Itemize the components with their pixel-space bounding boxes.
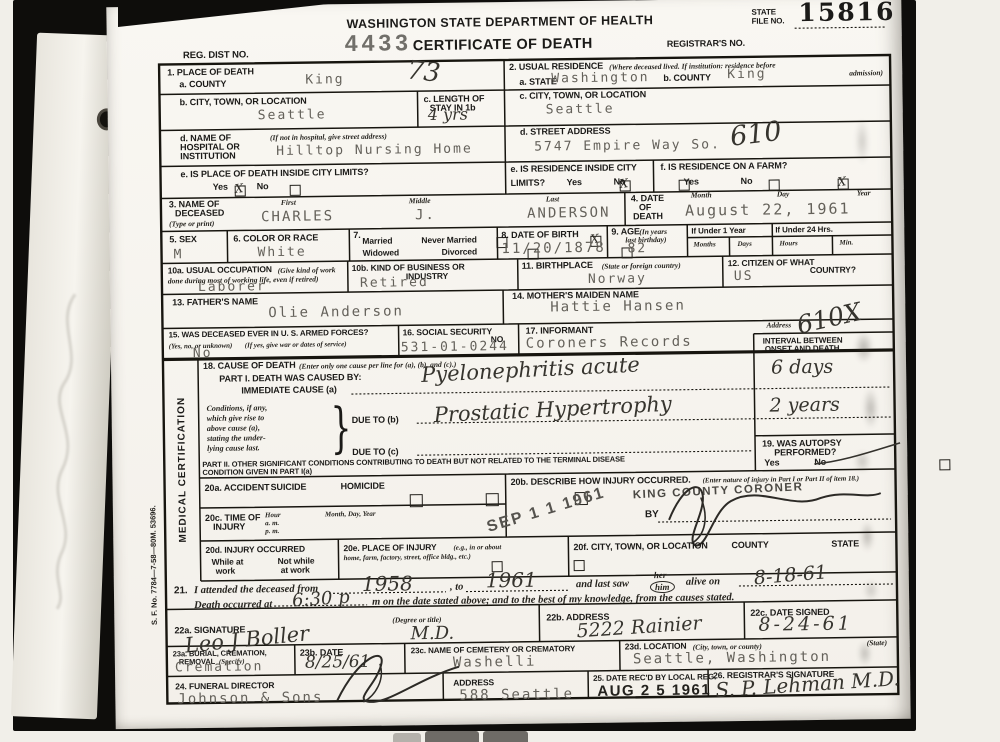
- viewer-toolbar-button-3[interactable]: [483, 731, 528, 742]
- field-1d-note: (If not in hospital, give street address…: [270, 132, 387, 143]
- field-9-days-header: Days: [737, 240, 751, 248]
- field-23a-value: Cremation: [175, 659, 264, 675]
- page-smudge: [851, 325, 878, 369]
- field-4-year-header: Year: [857, 188, 871, 197]
- field-20a-label: 20a. ACCIDENT: [205, 483, 270, 494]
- field-12-value: US: [734, 269, 754, 284]
- checkbox-19-yes: [939, 459, 950, 470]
- field-18-cond-5: lying cause last.: [207, 443, 260, 453]
- checkbox-1e-yes: X: [235, 185, 246, 196]
- page-smudge: [850, 445, 874, 477]
- field-18-cond-1: Conditions, if any,: [207, 403, 268, 413]
- field-1a-handwritten: 73: [406, 55, 442, 88]
- field-20f-label: 20f. CITY, TOWN, OR LOCATION: [573, 541, 707, 552]
- field-1d-value: Hilltop Nursing Home: [276, 141, 473, 159]
- field-20d-label: 20d. INJURY OCCURRED: [205, 545, 305, 555]
- field-2d-value: 5747 Empire Way So.: [534, 137, 721, 154]
- field-21-from-value: 1958: [362, 571, 413, 596]
- field-2d-label: d. STREET ADDRESS: [520, 127, 611, 138]
- funeral-director-signature: [325, 643, 466, 707]
- reg-dist-label: REG. DIST NO.: [183, 50, 249, 61]
- field-2b-label: b. COUNTY: [663, 73, 711, 83]
- field-20a-homicide-label: HOMICIDE: [341, 482, 385, 492]
- field-24-value: Johnson & Sons: [177, 689, 323, 707]
- field-4-value: August 22, 1961: [685, 200, 851, 220]
- field-5-value: M: [173, 247, 183, 262]
- field-19-yes-label: Yes: [764, 458, 779, 468]
- by-label: BY: [645, 510, 659, 521]
- field-1b-value: Seattle: [258, 107, 327, 123]
- field-16-value: 531-01-0244: [401, 339, 509, 355]
- field-17-value: Coroners Records: [526, 334, 693, 352]
- field-9-under24-header: If Under 24 Hrs.: [775, 226, 833, 235]
- state-file-number: 15816: [798, 0, 895, 26]
- field-2e-yes-label: Yes: [567, 178, 582, 188]
- page-smudge: [855, 635, 875, 671]
- field-13-value: Olie Anderson: [268, 303, 404, 321]
- field-14-value: Hattie Hansen: [550, 298, 686, 316]
- field-18-immediate-label: IMMEDIATE CAUSE (a): [241, 385, 337, 396]
- field-1-label: 1. PLACE OF DEATH: [167, 67, 254, 78]
- field-20f-county-header: COUNTY: [731, 541, 769, 551]
- field-21-time-value: 6:30 p: [291, 587, 350, 612]
- field-3-last-header: Last: [546, 194, 559, 203]
- field-21-text-5: Death occurred at: [194, 599, 272, 611]
- field-2f-yes-label: Yes: [684, 177, 699, 187]
- field-8-value: 11/20/1878: [501, 240, 605, 257]
- field-22a-md: M.D.: [410, 623, 454, 645]
- field-21-text-4: alive on: [686, 576, 720, 587]
- field-2e-no-label: No: [614, 177, 626, 187]
- field-10a-label: 10a. USUAL OCCUPATION: [168, 265, 272, 276]
- field-9-min-header: Min.: [839, 238, 853, 246]
- field-7-widowed-label: Widowed: [362, 248, 399, 258]
- field-9-under1yr-header: If Under 1 Year: [691, 227, 745, 236]
- field-3-note: (Type or print): [169, 219, 214, 229]
- field-10a-note-1: (Give kind of work: [278, 265, 336, 275]
- page-smudge: [860, 575, 882, 605]
- field-21-him-circled: him: [650, 581, 675, 593]
- field-23c-value: Washelli: [453, 654, 537, 671]
- page-smudge: [852, 109, 873, 173]
- field-1d-label-3: INSTITUTION: [180, 152, 236, 162]
- field-2a-value: Washington: [551, 70, 649, 86]
- field-7-never-married-label: Never Married: [421, 235, 477, 245]
- viewer-toolbar-button-1[interactable]: [393, 733, 421, 742]
- state-file-label-2: FILE NO.: [752, 17, 785, 26]
- field-1b-label: b. CITY, TOWN, OR LOCATION: [180, 97, 307, 108]
- field-20c-pm-label: p. m.: [265, 527, 279, 535]
- page-smudge: [857, 515, 878, 557]
- field-10b-value: Retired: [360, 275, 429, 291]
- field-20d-atwork-label: at work: [281, 566, 310, 576]
- field-20c-mdy-header: Month, Day, Year: [325, 510, 376, 519]
- field-1c-value: 4 yrs: [428, 105, 468, 125]
- field-2f-no-label: No: [741, 177, 753, 187]
- field-3-first-header: First: [281, 198, 296, 207]
- field-20e-note-1: (e.g., in or about: [453, 543, 501, 552]
- field-2-note-2: admission): [849, 68, 883, 77]
- field-6-label: 6. COLOR OR RACE: [233, 233, 318, 244]
- field-1a-value: King: [305, 72, 345, 88]
- field-20c-hour-header: Hour: [265, 511, 281, 519]
- field-3-middle-value: J.: [415, 207, 436, 223]
- viewer-toolbar-button-2[interactable]: [425, 731, 479, 742]
- field-18-part1-label: PART I. DEATH WAS CAUSED BY:: [219, 373, 361, 385]
- field-20c-label-2: INJURY: [213, 522, 245, 532]
- field-18a-interval-value: 6 days: [771, 356, 833, 379]
- field-4-day-header: Day: [777, 189, 790, 198]
- field-23d-value: Seattle, Washington: [633, 649, 831, 668]
- field-20e-label: 20e. PLACE OF INJURY: [343, 543, 436, 553]
- field-16-label-1: 16. SOCIAL SECURITY: [403, 327, 493, 337]
- field-18-cond-4: stating the under-: [207, 433, 266, 443]
- field-11-value: Norway: [588, 271, 647, 287]
- field-21-her-label: her: [654, 570, 667, 580]
- field-21-number: 21.: [174, 586, 188, 597]
- field-9-value: 82: [627, 241, 647, 256]
- field-15-note-2: (If yes, give war or dates of service): [245, 340, 347, 349]
- field-9-months-header: Months: [693, 240, 715, 248]
- field-2e-label-2: LIMITS?: [511, 179, 545, 189]
- field-2c-label: c. CITY, TOWN, OR LOCATION: [519, 90, 646, 101]
- field-12-label-2: COUNTRY?: [810, 265, 856, 275]
- field-9-hours-header: Hours: [779, 239, 797, 247]
- interval-header-2: ONSET AND DEATH: [765, 345, 840, 355]
- checkbox-1e-no: [290, 185, 301, 196]
- field-18-cond-2: which give rise to: [207, 413, 265, 423]
- death-certificate: WASHINGTON STATE DEPARTMENT OF HEALTH ST…: [106, 0, 910, 729]
- registrar-no-label: REGISTRAR'S NO.: [667, 39, 745, 50]
- field-3-label-2: DECEASED: [175, 209, 224, 219]
- field-2f-label: f. IS RESIDENCE ON A FARM?: [660, 161, 787, 172]
- field-2e-label-1: e. IS RESIDENCE INSIDE CITY: [510, 163, 636, 174]
- field-6-value: White: [257, 245, 306, 261]
- field-20f-state-header: STATE: [831, 539, 859, 549]
- field-7-label: 7.: [353, 231, 360, 241]
- coroner-signature: [661, 475, 887, 548]
- field-20c-am-label: a. m.: [265, 519, 279, 527]
- field-3-last-value: ANDERSON: [527, 205, 611, 222]
- field-13-label: 13. FATHER'S NAME: [172, 297, 258, 308]
- checkbox-2f-no: X: [838, 179, 849, 190]
- ink-bleed-squiggle: [33, 283, 96, 615]
- checkbox-20a-suicide: [486, 493, 499, 506]
- field-10a-value: Laborer: [198, 279, 267, 295]
- checkbox-20d-not-at-work: [574, 560, 585, 571]
- field-20a-suicide-label: SUICIDE: [271, 483, 307, 493]
- field-2c-value: Seattle: [546, 102, 615, 118]
- field-1a-label: a. COUNTY: [179, 80, 226, 90]
- checkbox-20a-accident: [410, 494, 423, 507]
- field-15-value: No: [193, 346, 213, 361]
- date-received-stamp: AUG 2 5 1961: [597, 681, 711, 699]
- field-18-cond-3: above cause (a),: [207, 423, 260, 433]
- field-12-label-1: 12. CITIZEN OF WHAT: [728, 258, 815, 268]
- form-title: CERTIFICATE OF DEATH: [413, 37, 593, 55]
- field-4-month-header: Month: [691, 190, 712, 199]
- field-3-first-value: CHARLES: [261, 208, 334, 225]
- field-18b-interval-value: 2 years: [769, 394, 840, 417]
- field-18-label: 18. CAUSE OF DEATH: [203, 361, 296, 372]
- reg-dist-stamp: 4433: [345, 29, 413, 57]
- field-18c-label: DUE TO (c): [352, 447, 398, 457]
- field-20e-note-2: home, farm, factory, street, office bldg…: [343, 553, 470, 563]
- field-1e-yes-label: Yes: [213, 183, 228, 193]
- field-21-to-value: 1961: [486, 568, 537, 593]
- field-18b-label: DUE TO (b): [352, 415, 399, 425]
- conditions-brace: }: [330, 396, 351, 459]
- field-22c-value: 8-24-61: [758, 613, 853, 636]
- field-1e-no-label: No: [257, 182, 269, 192]
- page-smudge: [859, 379, 882, 437]
- field-20d-work-label: work: [216, 567, 236, 576]
- field-2b-value: King: [727, 67, 767, 83]
- field-18-part2b-label: CONDITION GIVEN IN PART I(a): [202, 468, 312, 478]
- field-17-address-label: Address: [766, 320, 791, 329]
- field-7-married-label: Married: [362, 237, 392, 247]
- field-5-label: 5. SEX: [169, 235, 197, 245]
- field-21-text-2: , to: [450, 582, 464, 593]
- field-4-label-3: DEATH: [633, 212, 663, 222]
- field-24-address-value: 588 Seattle: [459, 686, 574, 704]
- field-11-note: (State or foreign country): [602, 261, 681, 271]
- field-3-middle-header: Middle: [409, 196, 431, 205]
- field-7-divorced-label: Divorced: [441, 247, 477, 257]
- field-2d-handwritten: 610: [728, 116, 783, 153]
- field-8-label: 8. DATE OF BIRTH: [501, 230, 578, 241]
- field-21-text-3: and last saw: [576, 578, 629, 590]
- field-11-label: 11. BIRTHPLACE: [522, 261, 593, 272]
